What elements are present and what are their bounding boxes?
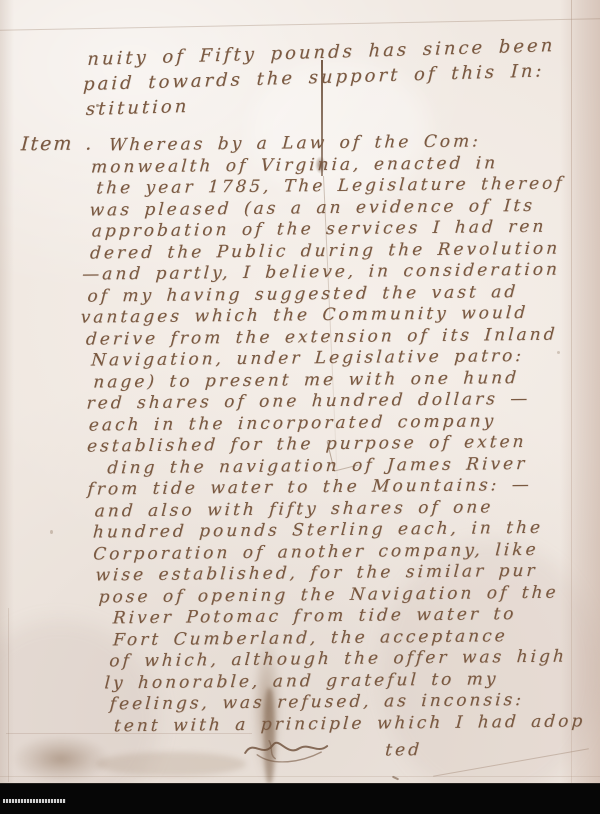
ink-speck [392, 776, 399, 781]
manuscript-line-text: Whereas by a Law of the Com: [108, 131, 481, 155]
footer-microtext [3, 799, 66, 803]
catchword: ted [385, 740, 423, 762]
manuscript-scan-page: nuity of Fifty pounds has since been pai… [0, 0, 600, 814]
paper-edge-line-left [8, 608, 9, 782]
ink-flourish [239, 732, 359, 763]
paper-crease-bottom [0, 776, 600, 777]
item-label: Item . [20, 133, 94, 155]
catchword-line: ted [239, 733, 586, 763]
intro-paragraph: nuity of Fifty pounds has since been pai… [87, 33, 557, 122]
scan-footer-band [0, 783, 600, 814]
ink-speck [50, 530, 53, 534]
paper-crease-top [0, 18, 600, 31]
item-paragraph: Item .Whereas by a Law of the Com: monwe… [83, 130, 586, 764]
